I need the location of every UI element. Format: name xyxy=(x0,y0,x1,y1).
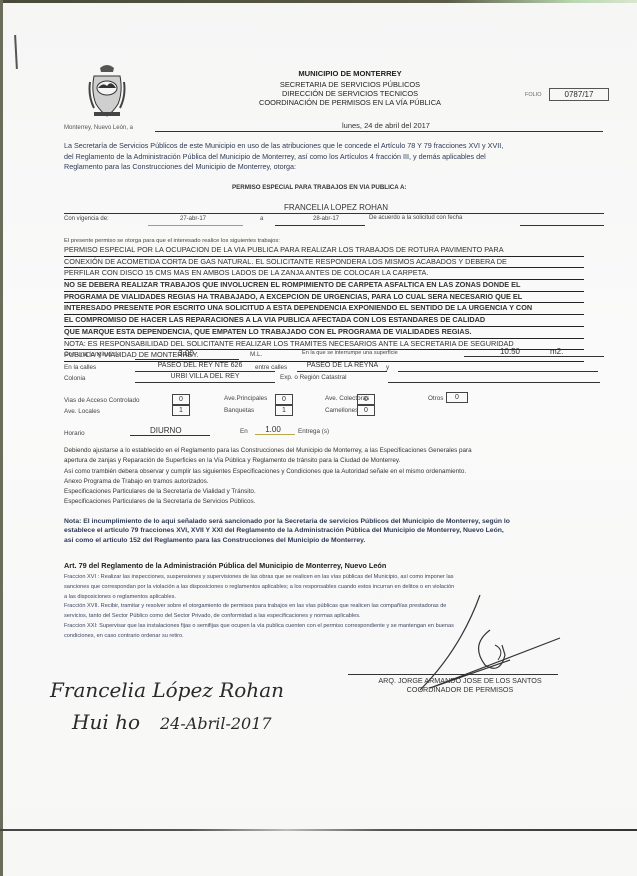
ajuste-line: Especificaciones Particulares de la Secr… xyxy=(64,487,472,497)
colectoras-value: 0 xyxy=(357,394,375,405)
y-label: y xyxy=(386,364,389,371)
intro-line: del Reglamento de la Administración Públ… xyxy=(64,152,503,163)
intro-line: La Secretaría de Servicios Públicos de e… xyxy=(64,141,503,152)
superficie-underline xyxy=(464,356,604,357)
fraccion-line: Fraccion XVI : Realizar las inspecciones… xyxy=(64,573,454,583)
trabajo-line: QUE MARQUE ESTA DEPENDENCIA, QUE EMPATEN… xyxy=(64,327,584,339)
exp-underline xyxy=(388,382,600,383)
applicant-underline xyxy=(64,213,604,214)
ajuste-paragraph: Debiendo ajustarse a lo establecido en e… xyxy=(64,446,472,508)
trabajo-line: PERFILAR CON DISCO 15 CMS MAS EN AMBOS L… xyxy=(64,268,584,280)
superficie-unit: m2. xyxy=(550,347,563,356)
secretaria-title: SECRETARIA DE SERVICIOS PÚBLICOS xyxy=(190,80,510,89)
trabajo-line: CONEXIÓN DE ACOMETIDA CORTA DE GAS NATUR… xyxy=(64,257,584,269)
issue-date: lunes, 24 de abril del 2017 xyxy=(342,121,430,130)
solicitud-underline xyxy=(520,225,604,226)
vigencia-from-underline xyxy=(148,225,243,226)
ajuste-line: Así como trambién debera observar y cump… xyxy=(64,467,472,477)
camellones-label: Camellones xyxy=(325,407,358,414)
ajuste-line: Debiendo ajustarse a lo establecido en e… xyxy=(64,446,472,456)
trabajos-intro: El presente permiso se otorga para que e… xyxy=(64,238,280,244)
acceso-value: 0 xyxy=(172,394,190,405)
entregas-underline xyxy=(255,434,295,435)
longitud-unit: M.L. xyxy=(250,351,262,358)
banquetas-label: Banquetas xyxy=(224,407,254,414)
colonia-underline xyxy=(135,382,275,383)
city-line: Monterrey, Nuevo León, a xyxy=(64,125,133,131)
nota-line: asi como el articulo 152 del Reglamento … xyxy=(64,536,510,545)
horario-underline xyxy=(130,435,210,436)
calle-label: En la calles xyxy=(64,364,96,371)
longitud-underline xyxy=(135,359,239,360)
nota-line: Nota: El incumplimiento de lo aqui señal… xyxy=(64,517,510,526)
superficie-label: En la que se interrumpe una superficie xyxy=(302,350,398,356)
vigencia-sep: a xyxy=(260,216,263,222)
acceso-label: Vias de Acceso Controlado xyxy=(64,397,140,404)
otros-value: 0 xyxy=(446,392,468,403)
entre1-underline xyxy=(297,371,387,372)
trabajo-line: INTERESADO PRESENTE POR ESCRITO UNA SOLI… xyxy=(64,303,584,315)
folio-number: 0787/17 xyxy=(549,88,609,101)
permit-title: PERMISO ESPECIAL PARA TRABAJOS EN VIA PU… xyxy=(232,184,407,191)
entre-label: entre calles xyxy=(255,364,287,371)
trabajo-line: PERMISO ESPECIAL POR LA OCUPACION DE LA … xyxy=(64,245,584,257)
handwritten-date: 24-Abril-2017 xyxy=(160,714,272,733)
vigencia-to: 28-abr-17 xyxy=(313,216,339,222)
coordinacion-title: COORDINACIÓN DE PERMISOS EN LA VÍA PÚBLI… xyxy=(190,98,510,107)
handwritten-signature: Hui ho xyxy=(72,710,140,734)
colonia-value: URBI VILLA DEL REY xyxy=(135,373,275,380)
locales-value: 1 xyxy=(172,405,190,416)
scanned-permit-page: Monterrey, Nuevo León, a MUNICIPIO DE MO… xyxy=(0,0,637,876)
pen-mark xyxy=(14,35,18,69)
entre-calle-1: PASEO DE LA REYNA xyxy=(300,362,385,369)
applicant-name: FRANCELIA LOPEZ ROHAN xyxy=(284,203,388,212)
entregas-label: Entrega (s) xyxy=(298,428,329,435)
trabajo-line: PROGRAMA DE VIALIDADES REGIAS HA TRABAJA… xyxy=(64,292,584,304)
vigencia-to-underline xyxy=(275,225,365,226)
direccion-title: DIRECCIÓN DE SERVICIOS TECNICOS xyxy=(190,89,510,98)
exp-label: Exp. o Región Catastral xyxy=(280,374,347,381)
locales-label: Ave. Locales xyxy=(64,408,100,415)
otros-label: Otros xyxy=(428,395,443,402)
longitud-label: Con una longitud de xyxy=(64,351,120,358)
entregas-value: 1.00 xyxy=(258,425,288,434)
principales-label: Ave.Principales xyxy=(224,395,267,402)
superficie-value: 10.50 xyxy=(480,347,540,356)
horario-value: DIURNO xyxy=(150,426,182,435)
handwritten-name: Francelia López Rohan xyxy=(50,678,284,702)
trabajo-line: EL COMPROMISO DE HACER LAS REPARACIONES … xyxy=(64,315,584,327)
scan-edge-top xyxy=(0,0,637,3)
colonia-label: Colonia xyxy=(64,375,85,382)
vigencia-from: 27-abr-17 xyxy=(180,216,206,222)
trabajos-list: PERMISO ESPECIAL POR LA OCUPACION DE LA … xyxy=(64,245,584,362)
ajuste-line: apertura de zanjas y Reparación de Super… xyxy=(64,456,472,466)
ajuste-line: Anexo Programa de Trabajo en tramos auto… xyxy=(64,477,472,487)
folio-label: FOLIO xyxy=(525,92,542,98)
nota-line: establece el articulo 79 fracciones XVI,… xyxy=(64,526,510,535)
solicitud-label: De acuerdo a la solicitud con fecha xyxy=(369,215,462,221)
vigencia-label: Con vigencia de: xyxy=(64,216,109,222)
calle-underline xyxy=(135,371,275,372)
horario-label: Horario xyxy=(64,430,85,437)
date-underline xyxy=(155,131,603,132)
scan-fold-line xyxy=(0,829,637,831)
coat-of-arms-icon xyxy=(88,62,126,120)
en-label: En xyxy=(240,428,248,435)
banquetas-value: 1 xyxy=(275,405,293,416)
scan-edge-left xyxy=(0,0,3,876)
signer-name: ARQ. JORGE ARMANDO JOSE DE LOS SANTOS xyxy=(360,676,560,685)
camellones-value: 0 xyxy=(357,405,375,416)
signature-line xyxy=(348,674,558,675)
longitud-value: 3.00 xyxy=(146,349,226,358)
nota-paragraph: Nota: El incumplimiento de lo aqui señal… xyxy=(64,517,510,545)
signer-title: COORDINADOR DE PERMISOS xyxy=(360,685,560,694)
trabajo-line: NO SE DEBERA REALIZAR TRABAJOS QUE INVOL… xyxy=(64,280,584,292)
intro-line: Reglamento para las Construcciones del M… xyxy=(64,162,503,173)
ajuste-line: Especificaciones Particulares de la Secr… xyxy=(64,497,472,507)
intro-paragraph: La Secretaría de Servicios Públicos de e… xyxy=(64,141,503,173)
calle-value: PASEO DEL REY NTE 626 xyxy=(135,362,265,369)
articulo-title: Art. 79 del Reglamento de la Administrac… xyxy=(64,561,386,570)
principales-value: 0 xyxy=(275,394,293,405)
municipio-title: MUNICIPIO DE MONTERREY xyxy=(190,69,510,78)
entre2-underline xyxy=(398,371,598,372)
